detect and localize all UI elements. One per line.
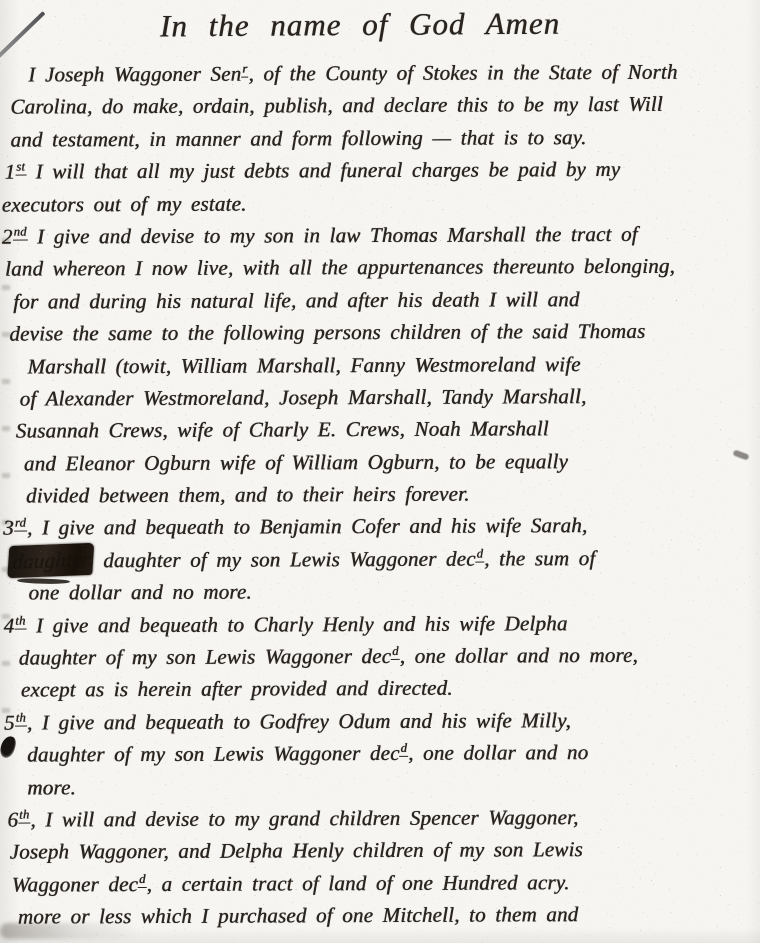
document-body: I Joseph Waggoner Senr, of the County of… xyxy=(0,55,760,933)
text-line: and testament, in manner and form follow… xyxy=(10,120,758,156)
clause-1: 1st I will that all my just debts and fu… xyxy=(0,153,759,221)
clause-4: 4th I give and bequeath to Charly Henly … xyxy=(0,606,760,706)
superscript: nd xyxy=(13,224,28,240)
superscript: rd xyxy=(14,516,27,532)
text-line: more or less which I purchased of one Mi… xyxy=(18,897,760,933)
text-line: executors out of my estate. xyxy=(2,185,759,221)
text-line: Waggoner decd, a certain tract of land o… xyxy=(12,865,760,901)
text-line: 3rd, I give and bequeath to Benjamin Cof… xyxy=(3,509,760,545)
text-line: devise the same to the following persons… xyxy=(9,314,759,350)
scanned-will-page: In the name of God Amen I Joseph Waggone… xyxy=(0,0,760,943)
text-line: of Alexander Westmoreland, Joseph Marsha… xyxy=(20,379,760,415)
text-line: Carolina, do make, ordain, publish, and … xyxy=(10,88,758,124)
superscript: r xyxy=(241,62,248,78)
text-line: Joseph Waggoner, and Delpha Henly childr… xyxy=(9,833,760,869)
superscript: th xyxy=(14,613,26,629)
superscript: st xyxy=(15,160,26,176)
document-title: In the name of God Amen xyxy=(0,4,720,45)
text-line: daughter of my son Lewis Waggoner decd, … xyxy=(27,736,760,772)
text-line: Marshall (towit, William Marshall, Fanny… xyxy=(27,347,759,383)
text-line: more. xyxy=(27,768,760,804)
text-line: 1st I will that all my just debts and fu… xyxy=(5,153,759,189)
text-line: one dollar and no more. xyxy=(28,574,760,610)
clause-3: 3rd, I give and bequeath to Benjamin Cof… xyxy=(0,509,760,609)
superscript: th xyxy=(18,808,30,824)
text-line: daughter of my son Lewis Waggoner decd, … xyxy=(19,638,760,674)
superscript: d xyxy=(391,644,400,660)
text-line: I Joseph Waggoner Senr, of the County of… xyxy=(28,55,758,91)
superscript: th xyxy=(15,710,27,726)
text-line: divided between them, and to their heirs… xyxy=(26,476,760,512)
text-line: 6th, I will and devise to my grand child… xyxy=(7,800,760,836)
text-line: except as is herein after provided and d… xyxy=(21,671,760,707)
clause-2: 2nd I give and devise to my son in law T… xyxy=(0,217,760,512)
text-line: daughter daughter of my son Lewis Waggon… xyxy=(8,541,760,577)
text-line: for and during his natural life, and aft… xyxy=(13,282,759,318)
text-line: 4th I give and bequeath to Charly Henly … xyxy=(3,606,760,642)
preamble: I Joseph Waggoner Senr, of the County of… xyxy=(0,55,759,155)
text-line: land whereon I now live, with all the ap… xyxy=(5,250,759,286)
text-line: 5th, I give and bequeath to Godfrey Odum… xyxy=(4,703,760,739)
clause-6: 6th, I will and devise to my grand child… xyxy=(1,800,760,933)
superscript: d xyxy=(476,546,485,562)
superscript: d xyxy=(138,872,147,888)
clause-5: 5th, I give and bequeath to Godfrey Odum… xyxy=(1,703,760,803)
text-line: and Eleanor Ogburn wife of William Ogbur… xyxy=(24,444,760,480)
struck-out-word: daughter xyxy=(7,543,95,579)
text-line: Susannah Crews, wife of Charly E. Crews,… xyxy=(16,412,760,448)
text-line: 2nd I give and devise to my son in law T… xyxy=(2,217,759,253)
superscript: d xyxy=(400,741,409,757)
